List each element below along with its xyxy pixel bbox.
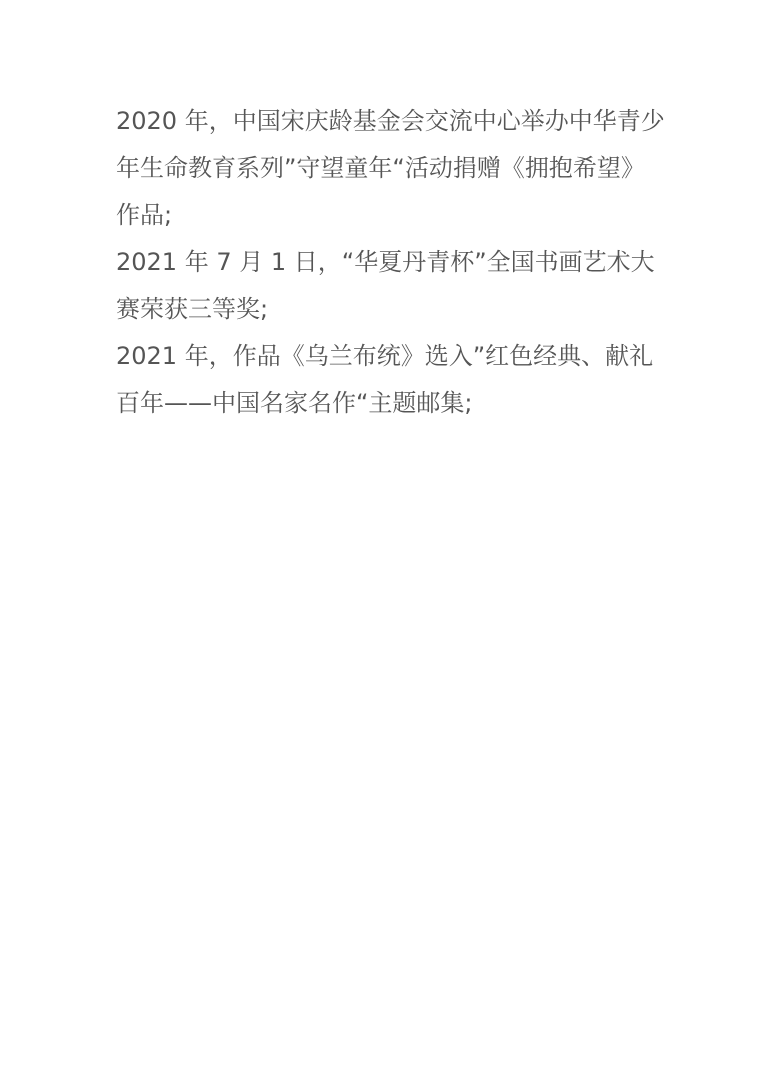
text-line: 2021 年，作品《乌兰布统》选入”红色经典、献礼: [116, 333, 656, 380]
paragraph-2021-stamp-collection: 2021 年，作品《乌兰布统》选入”红色经典、献礼 百年——中国名家名作“主题邮…: [116, 333, 656, 427]
paragraph-2021-award: 2021 年 7 月 1 日，“华夏丹青杯”全国书画艺术大 赛荣获三等奖;: [116, 239, 656, 333]
paragraph-2020-donation: 2020 年，中国宋庆龄基金会交流中心举办中华青少 年生命教育系列”守望童年“活…: [116, 98, 656, 239]
text-line: 作品;: [116, 192, 656, 239]
document-page: 2020 年，中国宋庆龄基金会交流中心举办中华青少 年生命教育系列”守望童年“活…: [116, 98, 656, 427]
text-line: 百年——中国名家名作“主题邮集;: [116, 380, 656, 427]
text-line: 2020 年，中国宋庆龄基金会交流中心举办中华青少: [116, 98, 656, 145]
text-line: 赛荣获三等奖;: [116, 286, 656, 333]
text-line: 2021 年 7 月 1 日，“华夏丹青杯”全国书画艺术大: [116, 239, 656, 286]
text-line: 年生命教育系列”守望童年“活动捐赠《拥抱希望》: [116, 145, 656, 192]
